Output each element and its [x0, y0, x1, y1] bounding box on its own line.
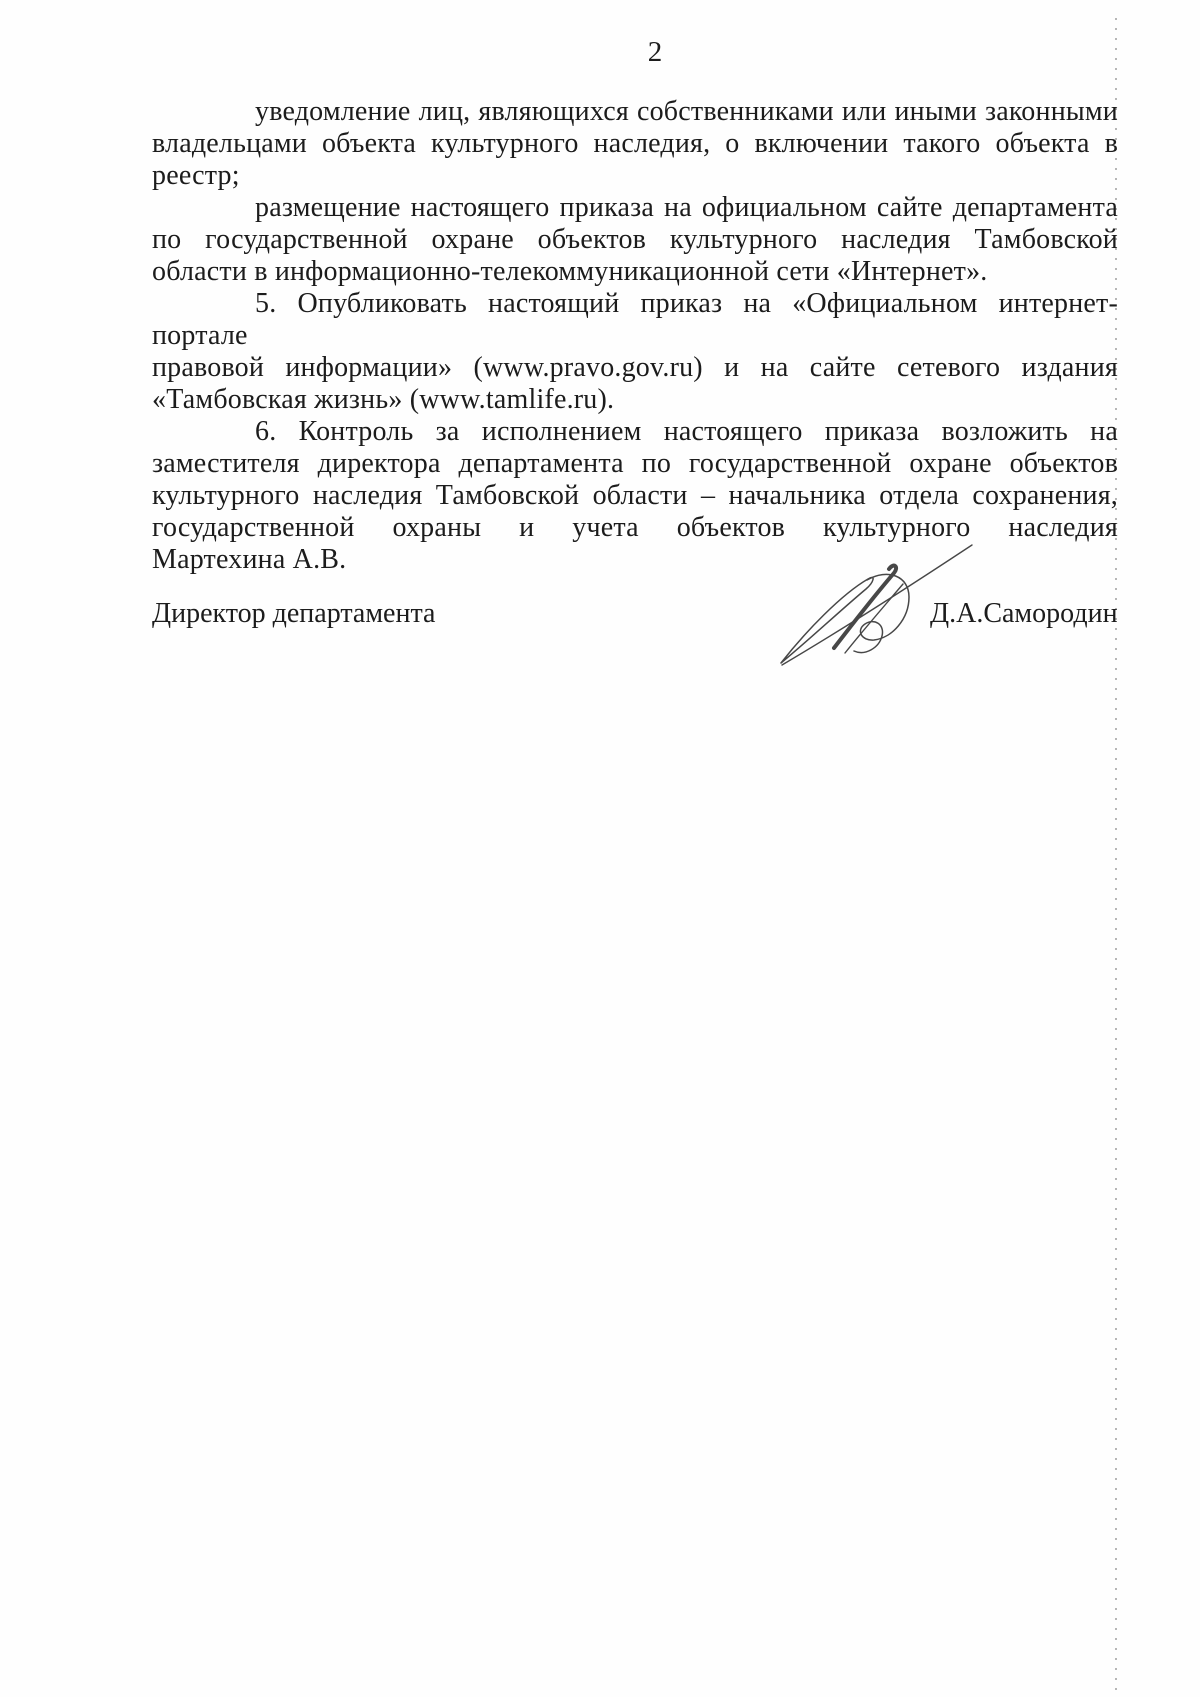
text-line: уведомление лиц, являющихся собственника…	[152, 96, 1118, 128]
text-line: 5. Опубликовать настоящий приказ на «Офи…	[152, 288, 1118, 352]
text-line: по государственной охране объектов культ…	[152, 224, 1118, 256]
text-line: культурного наследия Тамбовской области …	[152, 480, 1118, 512]
document-body: уведомление лиц, являющихся собственника…	[152, 96, 1118, 576]
scanned-document-page: 2 уведомление лиц, являющихся собственни…	[0, 0, 1200, 1697]
page-number: 2	[610, 36, 700, 69]
text-line: области в информационно-телекоммуникацио…	[152, 256, 1118, 288]
text-line: размещение настоящего приказа на официал…	[152, 192, 1118, 224]
text-line: правовой информации» (www.pravo.gov.ru) …	[152, 352, 1118, 384]
paragraph: уведомление лиц, являющихся собственника…	[152, 96, 1118, 192]
signer-position-label: Директор департамента	[152, 598, 435, 630]
text-line: реестр;	[152, 160, 1118, 192]
paragraph: 5. Опубликовать настоящий приказ на «Офи…	[152, 288, 1118, 416]
handwritten-signature-icon	[768, 532, 985, 679]
paragraph: размещение настоящего приказа на официал…	[152, 192, 1118, 288]
text-line: «Тамбовская жизнь» (www.tamlife.ru).	[152, 384, 1118, 416]
text-line: владельцами объекта культурного наследия…	[152, 128, 1118, 160]
text-line: заместителя директора департамента по го…	[152, 448, 1118, 480]
text-line: 6. Контроль за исполнением настоящего пр…	[152, 416, 1118, 448]
